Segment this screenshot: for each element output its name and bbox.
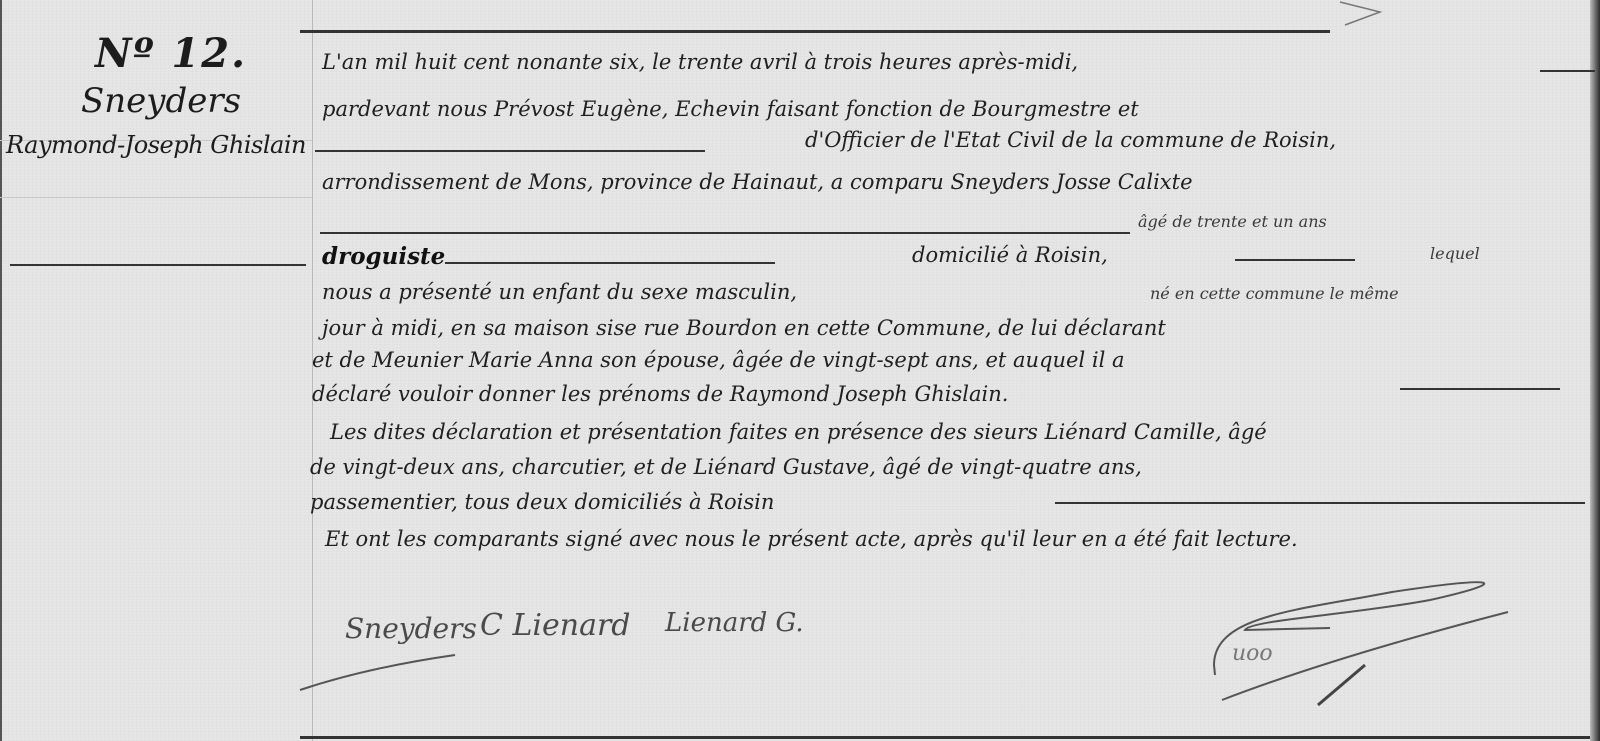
svg-text:uoo: uoo — [1232, 641, 1273, 666]
register-page: Nº 12. Sneyders Raymond-Joseph Ghislain … — [0, 0, 1600, 741]
signature-flourishes: uoo — [0, 0, 1600, 741]
